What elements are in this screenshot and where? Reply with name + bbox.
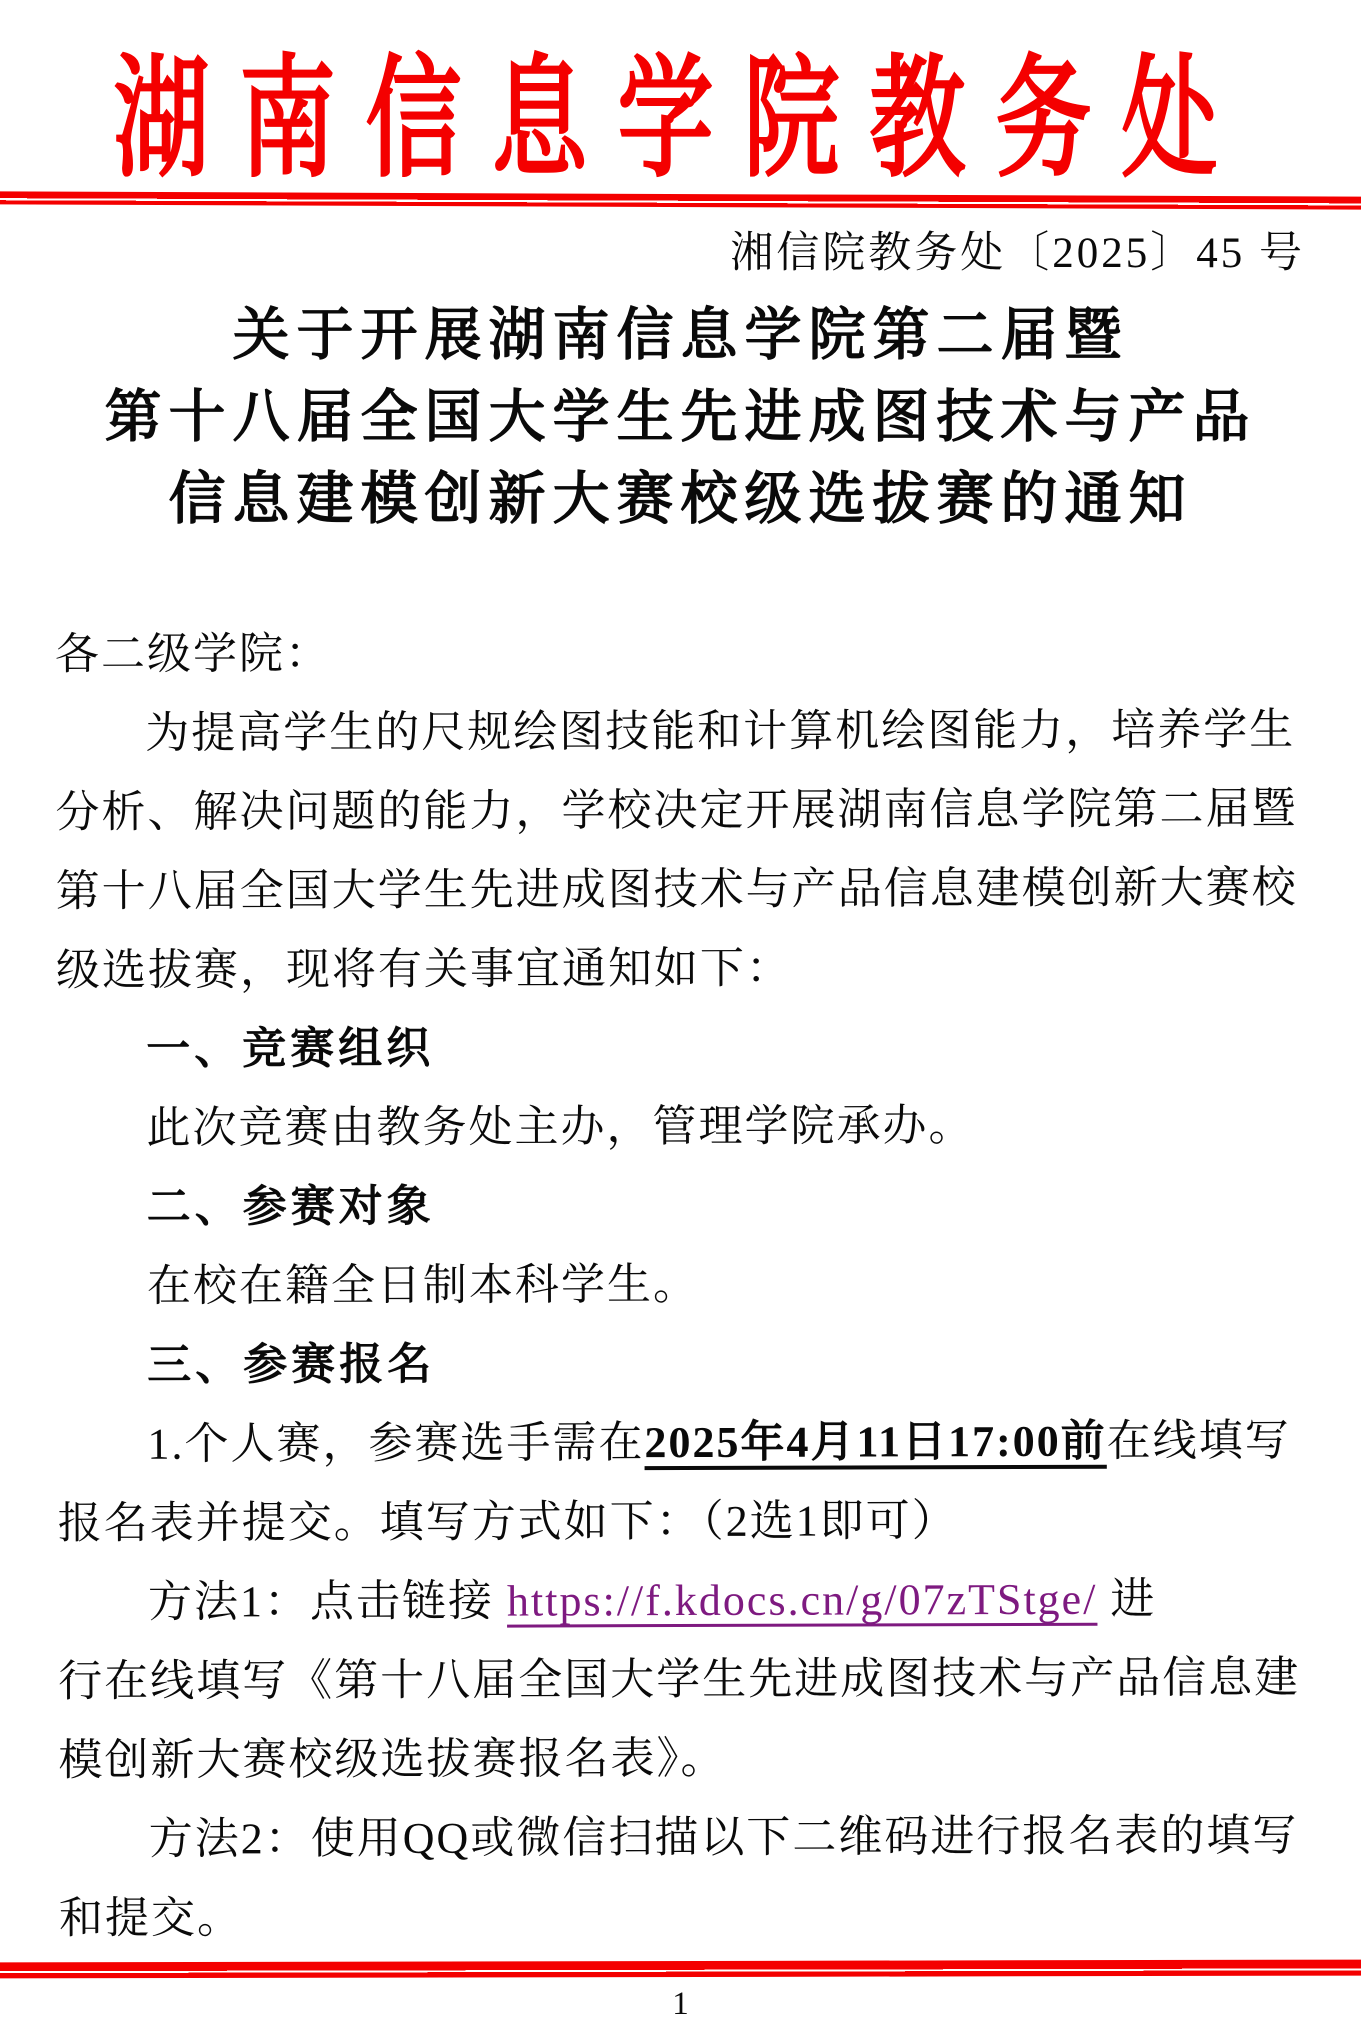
body-line: 方法1：点击链接 https://f.kdocs.cn/g/07zTStge/ … bbox=[58, 1559, 1308, 1642]
text-segment: 在校在籍全日制本科学生。 bbox=[147, 1260, 699, 1311]
text-segment: 方法1：点击链接 bbox=[148, 1577, 507, 1627]
text-segment: 1.个人赛，参赛选手需在 bbox=[147, 1418, 644, 1469]
body-line: 行在线填写《第十八届全国大学生先进成图技术与产品信息建 bbox=[58, 1638, 1308, 1721]
notice-title-line-2: 第十八届全国大学生先进成图技术与产品 bbox=[0, 376, 1361, 458]
notice-title-line-1: 关于开展湖南信息学院第二届暨 bbox=[0, 294, 1361, 376]
notice-title-line-3: 信息建模创新大赛校级选拔赛的通知 bbox=[0, 458, 1361, 540]
text-segment: 模创新大赛校级选拔赛报名表》。 bbox=[58, 1734, 726, 1785]
letterhead-agency-title: 湖南信息学院教务处 bbox=[0, 14, 1361, 203]
text-segment: 此次竞赛由教务处主办，管理学院承办。 bbox=[146, 1101, 974, 1153]
text-segment: 级选拔赛，现将有关事宜通知如下： bbox=[56, 944, 792, 995]
page-number: 1 bbox=[0, 1986, 1361, 2023]
notice-title: 关于开展湖南信息学院第二届暨 第十八届全国大学生先进成图技术与产品 信息建模创新… bbox=[0, 294, 1361, 540]
body-line: 各二级学院： bbox=[55, 611, 1305, 694]
text-segment: 为提高学生的尺规绘图技能和计算机绘图能力，培养学生 bbox=[145, 705, 1295, 758]
section-heading: 三、参赛报名 bbox=[147, 1340, 435, 1390]
body-line: 在校在籍全日制本科学生。 bbox=[57, 1243, 1307, 1326]
body-line: 一、竞赛组织 bbox=[56, 1006, 1306, 1089]
text-segment: 和提交。 bbox=[59, 1893, 243, 1943]
body-line: 此次竞赛由教务处主办，管理学院承办。 bbox=[56, 1085, 1306, 1168]
footer-separator-line bbox=[0, 1960, 1361, 1979]
section-heading: 二、参赛对象 bbox=[147, 1182, 435, 1232]
body-line: 为提高学生的尺规绘图技能和计算机绘图能力，培养学生 bbox=[55, 690, 1305, 773]
body-line: 和提交。 bbox=[59, 1875, 1309, 1958]
body-line: 三、参赛报名 bbox=[57, 1322, 1307, 1405]
body-line: 级选拔赛，现将有关事宜通知如下： bbox=[56, 927, 1306, 1010]
text-segment: 分析、解决问题的能力，学校决定开展湖南信息学院第二届暨 bbox=[55, 784, 1297, 837]
body-line: 分析、解决问题的能力，学校决定开展湖南信息学院第二届暨 bbox=[55, 769, 1305, 852]
section-heading: 一、竞赛组织 bbox=[146, 1024, 434, 1074]
body-line: 报名表并提交。填写方式如下：（2选1即可） bbox=[58, 1480, 1308, 1563]
registration-link[interactable]: https://f.kdocs.cn/g/07zTStge/ bbox=[507, 1575, 1098, 1626]
body-line: 二、参赛对象 bbox=[57, 1164, 1307, 1247]
body-line: 模创新大赛校级选拔赛报名表》。 bbox=[58, 1717, 1308, 1800]
text-segment: 报名表并提交。填写方式如下：（2选1即可） bbox=[58, 1496, 958, 1548]
body-line: 方法2：使用QQ或微信扫描以下二维码进行报名表的填写 bbox=[59, 1796, 1309, 1879]
text-segment: 第十八届全国大学生先进成图技术与产品信息建模创新大赛校 bbox=[56, 863, 1298, 916]
text-segment: 行在线填写《第十八届全国大学生先进成图技术与产品信息建 bbox=[58, 1653, 1300, 1706]
text-segment: 进 bbox=[1097, 1575, 1156, 1624]
text-segment: 各二级学院： bbox=[55, 629, 331, 679]
body-line: 第十八届全国大学生先进成图技术与产品信息建模创新大赛校 bbox=[56, 848, 1306, 931]
text-segment: 2025年4月11日17:00前 bbox=[644, 1417, 1106, 1467]
document-number: 湘信院教务处〔2025〕45 号 bbox=[730, 219, 1305, 280]
text-segment: 在线填写 bbox=[1107, 1416, 1291, 1466]
document-page: 湖南信息学院教务处 湘信院教务处〔2025〕45 号 关于开展湖南信息学院第二届… bbox=[0, 0, 1361, 2032]
body-line: 1.个人赛，参赛选手需在2025年4月11日17:00前在线填写 bbox=[57, 1401, 1307, 1484]
text-segment: 方法2：使用QQ或微信扫描以下二维码进行报名表的填写 bbox=[149, 1811, 1299, 1864]
document-body: 各二级学院：为提高学生的尺规绘图技能和计算机绘图能力，培养学生分析、解决问题的能… bbox=[55, 611, 1309, 1958]
